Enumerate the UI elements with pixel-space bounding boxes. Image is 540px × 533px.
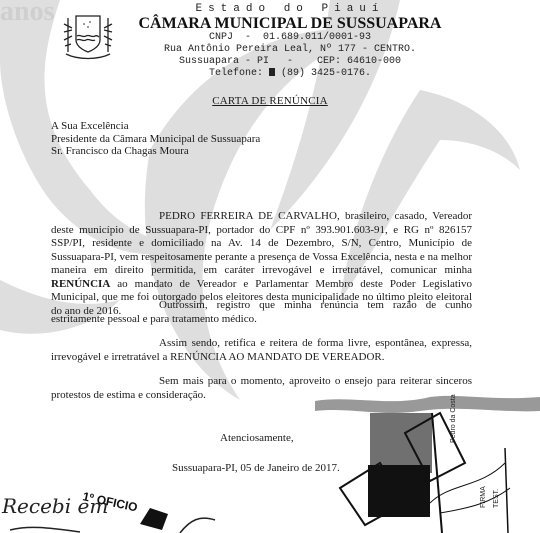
recipient-line-1: A Sua Excelência (51, 120, 260, 133)
phone-number: (89) 3425-0176. (281, 68, 371, 79)
paragraph-reiteration: Assim sendo, retifica e reitera de forma… (51, 337, 472, 364)
paragraph-text: PEDRO FERREIRA DE CARVALHO, brasileiro, … (51, 210, 472, 276)
svg-text:FIRMA: FIRMA (480, 486, 487, 508)
document-title: CARTA DE RENÚNCIA (0, 95, 540, 107)
document-page: Estado do Piauí CÂMARA MUNICIPAL DE SUSS… (0, 0, 540, 533)
address: Rua Antônio Pereira Leal, Nº 177 - CENTR… (120, 44, 460, 56)
recipient-line-2: Presidente da Câmara Municipal de Sussua… (51, 133, 260, 146)
notary-stamp-icon: Pedro da Costa FIRMA TEST. (310, 393, 540, 533)
coat-of-arms-icon (58, 6, 118, 62)
letterhead: Estado do Piauí CÂMARA MUNICIPAL DE SUSS… (120, 3, 460, 80)
cnpj: CNPJ - 01.689.011/0001-93 (120, 32, 460, 44)
closing-salutation: Atenciosamente, (220, 432, 294, 444)
state-name: Estado do Piauí (120, 3, 460, 15)
telephone-icon (269, 68, 275, 76)
recipient-block: A Sua Excelência Presidente da Câmara Mu… (51, 120, 260, 158)
phone-line: Telefone: (89) 3425-0176. (120, 68, 460, 80)
city-cep: Sussuapara - PI - CEP: 64610-000 (120, 56, 460, 68)
renuncia-bold: RENÚNCIA (51, 278, 110, 290)
handwritten-receipt: Recebi em 1º OFICIO (0, 480, 320, 533)
paragraph-reason: Outrossim, registro que minha renúncia t… (51, 299, 472, 326)
phone-label: Telefone: (209, 68, 263, 79)
chamber-name: CÂMARA MUNICIPAL DE SUSSUAPARA (120, 15, 460, 32)
svg-text:Pedro da Costa: Pedro da Costa (450, 394, 457, 443)
recipient-line-3: Sr. Francisco da Chagas Moura (51, 145, 260, 158)
